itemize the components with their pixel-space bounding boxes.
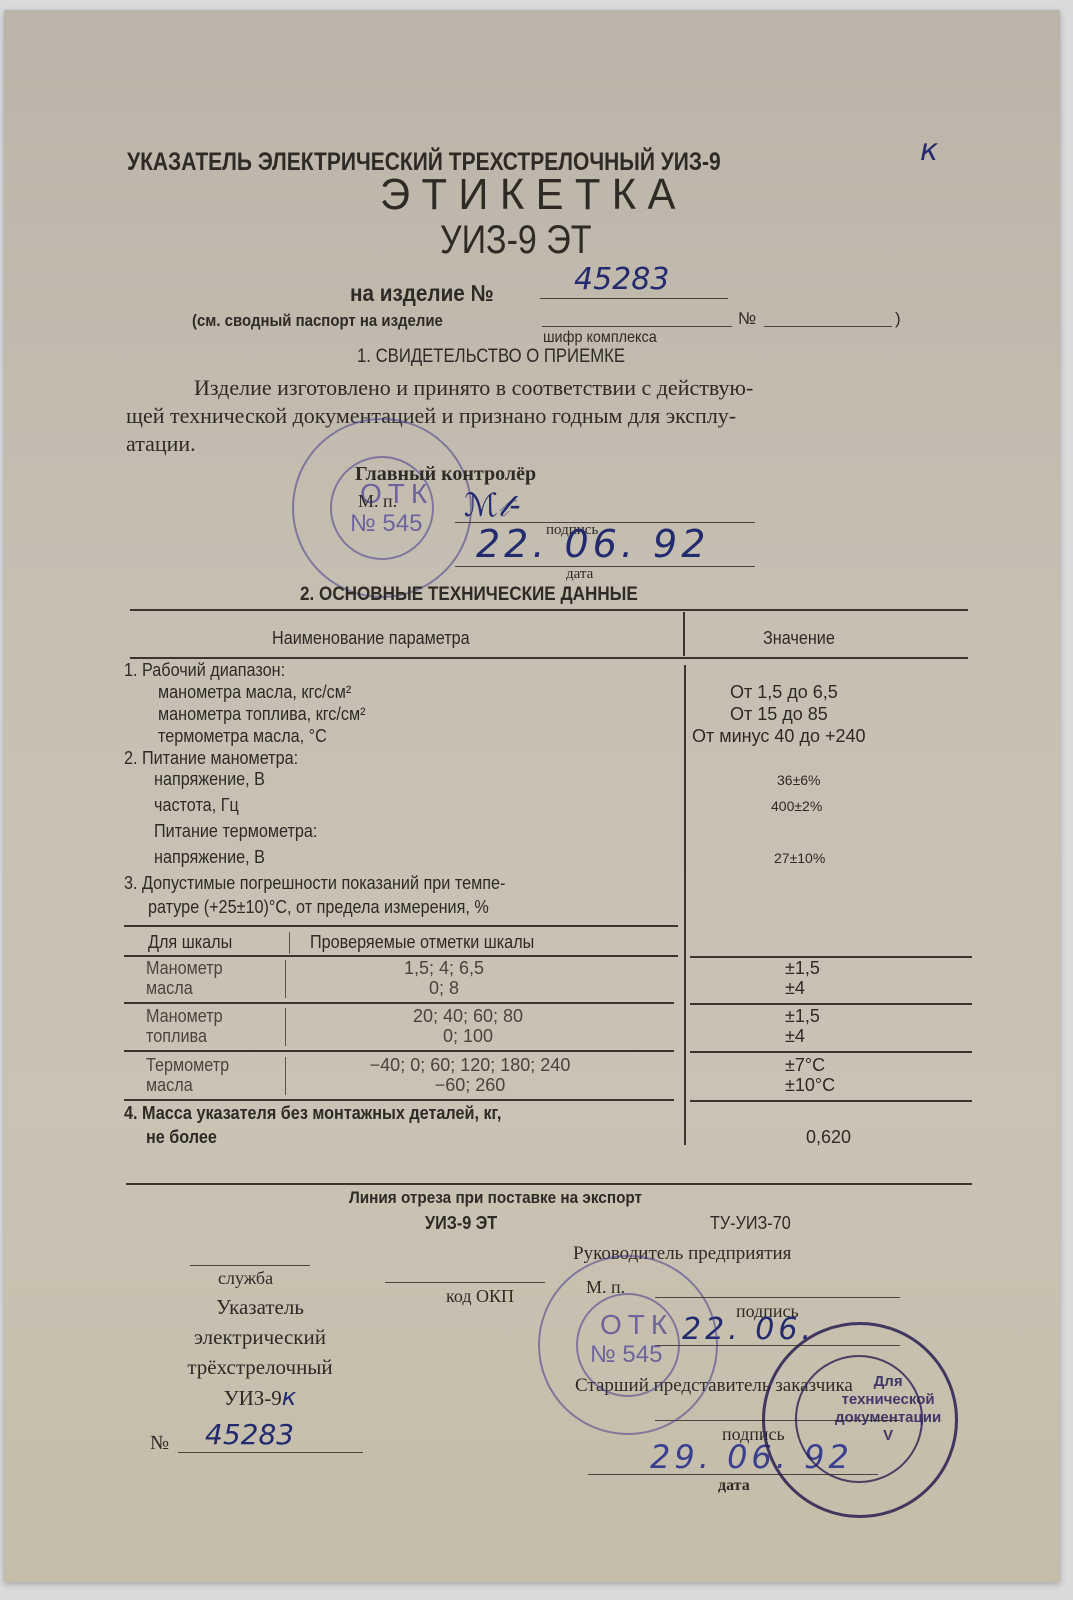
date-label-2: дата — [718, 1477, 750, 1495]
svodny-no-label: № — [738, 309, 756, 329]
subtable-top-rule — [124, 925, 678, 927]
subtable-col-marks: Проверяемые отметки шкалы — [310, 932, 534, 953]
parameter-label: ратуре (+25±10)°С, от предела измерения,… — [148, 897, 489, 918]
subtable-header-divider — [289, 932, 290, 954]
error-value: ±1,5 — [785, 1006, 820, 1027]
svodny-no-line — [764, 326, 892, 327]
scale-marks: −60; 260 — [320, 1075, 620, 1096]
parameter-value: 27±10% — [774, 850, 825, 866]
parameter-label: термометра масла, °С — [158, 726, 327, 747]
parameter-value: 400±2% — [771, 798, 822, 814]
svodny-field-line — [542, 326, 732, 327]
acceptance-line-1: Изделие изготовлено и принято в соответс… — [126, 374, 986, 402]
value-row-rule — [690, 1003, 972, 1005]
scale-marks: 0; 100 — [318, 1026, 618, 1047]
chief-controller-label: Главный контролёр — [355, 463, 536, 486]
error-value: ±7°С — [785, 1055, 825, 1076]
mass-value: 0,620 — [806, 1127, 851, 1148]
number-line — [178, 1452, 363, 1453]
mass-label-2: не более — [146, 1127, 217, 1148]
signature-scribble: ℳ𝓉- — [464, 486, 521, 525]
svodny-close: ) — [895, 309, 901, 329]
scale-name: Термометр — [146, 1055, 229, 1076]
model-heading: УИЗ-9 ЭТ — [440, 218, 591, 263]
number-value: 45283 — [205, 1418, 294, 1451]
error-value: ±4 — [785, 978, 805, 999]
export-model: УИЗ-9 ЭТ — [425, 1213, 497, 1234]
export-tu: ТУ-УИЗ-70 — [710, 1213, 791, 1234]
scale-name: Манометр — [146, 1006, 223, 1027]
parameter-label: 3. Допустимые погрешности показаний при … — [124, 873, 505, 894]
mass-label-1: 4. Масса указателя без монтажных деталей… — [124, 1103, 501, 1124]
parameter-label: манометра масла, кгс/см² — [158, 682, 351, 703]
main-col-divider — [684, 665, 686, 1145]
parameter-value: От 1,5 до 6,5 — [730, 682, 838, 703]
value-col-rule — [690, 956, 972, 958]
okp-label: код ОКП — [446, 1286, 514, 1307]
product-number-value: 45283 — [574, 262, 669, 297]
table-top-rule — [130, 609, 968, 611]
scale-name: топлива — [146, 1026, 207, 1047]
handwritten-suffix: к — [920, 133, 938, 168]
number-label: № — [150, 1432, 169, 1455]
header-col-divider — [683, 612, 685, 656]
scale-name: масла — [146, 1075, 193, 1096]
subtable-row-rule — [124, 1002, 674, 1004]
acceptance-date: 22. 06. 92 — [476, 522, 709, 566]
error-value: ±4 — [785, 1026, 805, 1047]
parameter-label: частота, Гц — [154, 795, 239, 816]
product-number-label: на изделие № — [350, 280, 494, 307]
header-bottom-rule — [130, 657, 968, 659]
scale-marks: 20; 40; 60; 80 — [318, 1006, 618, 1027]
product-name-line: Указатель — [160, 1292, 360, 1322]
scale-marks: 1,5; 4; 6,5 — [294, 958, 594, 979]
subtable-divider — [285, 1008, 286, 1046]
otk-stamp-2: ОТК № 545 — [538, 1255, 718, 1435]
section1-title: 1. СВИДЕТЕЛЬСТВО О ПРИЕМКЕ — [357, 346, 625, 368]
shifr-label: шифр комплекса — [543, 329, 657, 347]
handwritten-suffix: к — [282, 1383, 297, 1411]
subtable-col-scale: Для шкалы — [148, 932, 232, 953]
product-name-block: Указатель электрический трёхстрелочный У… — [160, 1292, 360, 1413]
scale-name: масла — [146, 978, 193, 999]
mp-label: М. п. — [358, 491, 397, 512]
cut-line-label: Линия отреза при поставке на экспорт — [349, 1188, 642, 1208]
parameter-label: напряжение, В — [154, 769, 265, 790]
cut-line-rule — [126, 1183, 972, 1185]
col-header-value: Значение — [763, 628, 835, 649]
parameter-label: 1. Рабочий диапазон: — [124, 660, 285, 681]
scale-name: Манометр — [146, 958, 223, 979]
okp-line — [385, 1282, 545, 1283]
parameter-label: 2. Питание манометра: — [124, 748, 298, 769]
doc-type-heading: ЭТИКЕТКА — [380, 170, 687, 220]
acceptance-line-3: атации. — [126, 430, 986, 458]
product-name-line: трёхстрелочный — [160, 1352, 360, 1382]
scale-marks: −40; 0; 60; 120; 180; 240 — [320, 1055, 620, 1076]
subtable-header-rule — [124, 955, 678, 957]
value-row-rule — [690, 1100, 972, 1102]
service-line — [190, 1265, 310, 1266]
subtable-row-rule — [124, 1050, 674, 1052]
parameter-label: Питание термометра: — [154, 821, 317, 842]
date-line — [455, 566, 755, 567]
subtable-divider — [285, 960, 286, 998]
product-name-line: УИЗ-9 — [224, 1386, 282, 1410]
parameter-value: 36±6% — [777, 772, 821, 788]
svodny-passport-label: (см. сводный паспорт на изделие — [192, 311, 443, 331]
value-row-rule — [690, 1051, 972, 1053]
subtable-divider — [285, 1057, 286, 1095]
parameter-value: От 15 до 85 — [730, 704, 828, 725]
section2-title: 2. ОСНОВНЫЕ ТЕХНИЧЕСКИЕ ДАННЫЕ — [300, 584, 638, 606]
error-value: ±1,5 — [785, 958, 820, 979]
scale-marks: 0; 8 — [294, 978, 594, 999]
error-value: ±10°С — [785, 1075, 835, 1096]
parameter-label: напряжение, В — [154, 847, 265, 868]
col-header-parameter: Наименование параметра — [272, 628, 470, 649]
parameter-label: манометра топлива, кгс/см² — [158, 704, 365, 725]
acceptance-text: Изделие изготовлено и принято в соответс… — [126, 374, 986, 458]
acceptance-line-2: щей технической документацией и признано… — [126, 402, 986, 430]
date-label: дата — [566, 566, 593, 583]
subtable-row-rule — [124, 1099, 674, 1101]
service-label: служба — [218, 1268, 273, 1289]
customer-stamp: Для технической документации V — [762, 1322, 958, 1518]
product-name-line: электрический — [160, 1322, 360, 1352]
parameter-value: От минус 40 до +240 — [692, 726, 866, 747]
product-number-line — [540, 298, 728, 299]
